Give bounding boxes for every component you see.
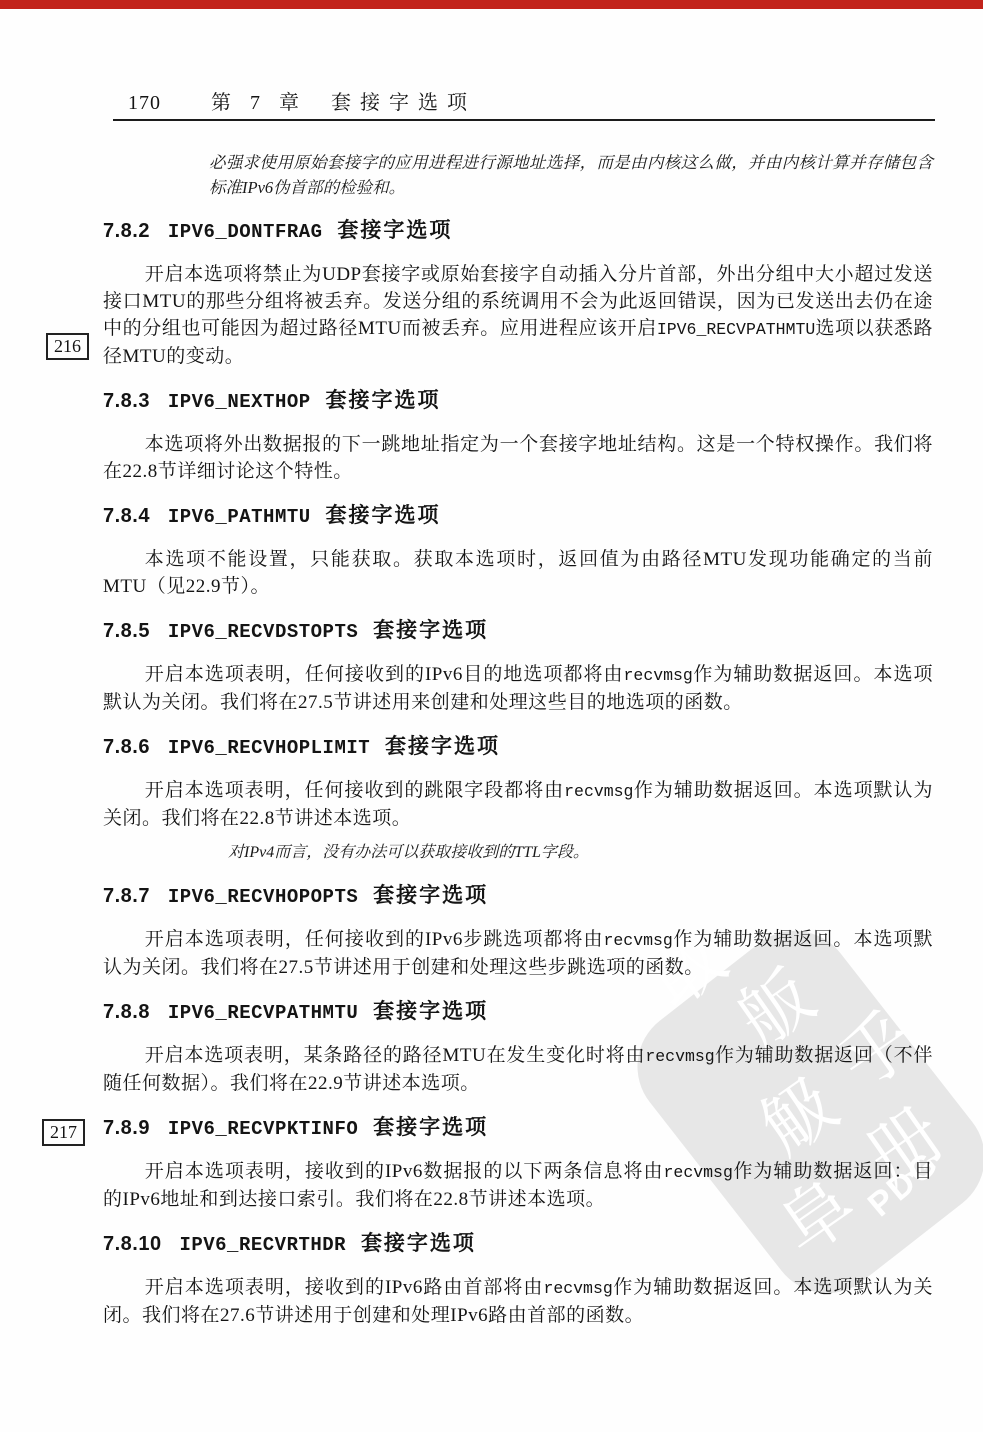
inline-code: recvmsg — [664, 1163, 733, 1182]
section: 7.8.3 IPV6_NEXTHOP 套接字选项 本选项将外出数据报的下一跳地址… — [103, 386, 933, 485]
section: 7.8.6 IPV6_RECVHOPLIMIT 套接字选项 开启本选项表明，任何… — [103, 732, 933, 865]
section-heading: 7.8.8 IPV6_RECVPATHMTU 套接字选项 — [103, 997, 933, 1028]
inline-code: recvmsg — [543, 1279, 612, 1298]
inline-code: recvmsg — [564, 782, 633, 801]
inline-code: recvmsg — [604, 931, 673, 950]
section-number: 7.8.4 — [103, 505, 150, 527]
section-note: 对IPv4而言，没有办法可以获取接收到的TTL字段。 — [228, 841, 933, 865]
section-paragraph: 开启本选项表明，任何接收到的跳限字段都将由recvmsg作为辅助数据返回。本选项… — [103, 777, 933, 832]
section-number: 7.8.5 — [103, 620, 150, 642]
section-heading: 7.8.6 IPV6_RECVHOPLIMIT 套接字选项 — [103, 732, 933, 763]
intro-note: 必强求使用原始套接字的应用进程进行源地址选择，而是由内核这么做，并由内核计算并存… — [209, 150, 933, 200]
section: 7.8.5 IPV6_RECVDSTOPTS 套接字选项 开启本选项表明，任何接… — [103, 616, 933, 716]
section: 7.8.2 IPV6_DONTFRAG 套接字选项 开启本选项将禁止为UDP套接… — [103, 216, 933, 370]
section: 7.8.9 IPV6_RECVPKTINFO 套接字选项 开启本选项表明，接收到… — [103, 1113, 933, 1213]
section-heading-suffix: 套接字选项 — [373, 619, 488, 642]
section-option-name: IPV6_RECVRTHDR — [179, 1234, 346, 1256]
section-option-name: IPV6_RECVPATHMTU — [168, 1002, 358, 1024]
section-option-name: IPV6_RECVPKTINFO — [168, 1118, 358, 1140]
section: 7.8.10 IPV6_RECVRTHDR 套接字选项 开启本选项表明，接收到的… — [103, 1229, 933, 1329]
section-heading: 7.8.4 IPV6_PATHMTU 套接字选项 — [103, 501, 933, 532]
section-heading-suffix: 套接字选项 — [337, 219, 452, 242]
section-heading-suffix: 套接字选项 — [326, 504, 441, 527]
body-text: 本选项将外出数据报的下一跳地址指定为一个套接字地址结构。这是一个特权操作。我们将… — [103, 434, 933, 482]
section: 7.8.7 IPV6_RECVHOPOPTS 套接字选项 开启本选项表明，任何接… — [103, 881, 933, 981]
section-paragraph: 开启本选项表明，接收到的IPv6数据报的以下两条信息将由recvmsg作为辅助数… — [103, 1158, 933, 1213]
section-option-name: IPV6_RECVHOPLIMIT — [168, 737, 370, 759]
section-number: 7.8.7 — [103, 885, 150, 907]
section-heading: 7.8.2 IPV6_DONTFRAG 套接字选项 — [103, 216, 933, 247]
section-paragraph: 开启本选项表明，接收到的IPv6路由首部将由recvmsg作为辅助数据返回。本选… — [103, 1274, 933, 1329]
section-paragraph: 开启本选项表明，任何接收到的IPv6目的地选项都将由recvmsg作为辅助数据返… — [103, 661, 933, 716]
chapter-title: 套接字选项 — [331, 92, 476, 114]
body-text: 开启本选项表明，任何接收到的跳限字段都将由 — [145, 780, 564, 801]
section-heading-suffix: 套接字选项 — [373, 884, 488, 907]
scanner-red-bar — [0, 0, 983, 9]
margin-page-marker-216: 216 — [46, 333, 89, 360]
section-option-name: IPV6_DONTFRAG — [168, 221, 323, 243]
section-paragraph: 开启本选项表明，任何接收到的IPv6步跳选项都将由recvmsg作为辅助数据返回… — [103, 926, 933, 981]
inline-code: recvmsg — [624, 666, 693, 685]
inline-code: recvmsg — [645, 1047, 714, 1066]
body-text: 开启本选项表明，任何接收到的IPv6目的地选项都将由 — [145, 664, 624, 685]
section-number: 7.8.8 — [103, 1001, 150, 1023]
page-content: 必强求使用原始套接字的应用进程进行源地址选择，而是由内核这么做，并由内核计算并存… — [103, 138, 933, 1329]
section-heading: 7.8.3 IPV6_NEXTHOP 套接字选项 — [103, 386, 933, 417]
body-text: 开启本选项表明，接收到的IPv6路由首部将由 — [145, 1277, 544, 1298]
body-text: 开启本选项表明，接收到的IPv6数据报的以下两条信息将由 — [145, 1161, 664, 1182]
body-text: 开启本选项表明，某条路径的路径MTU在发生变化时将由 — [145, 1045, 646, 1066]
inline-code: IPV6_RECVPATHMTU — [657, 320, 815, 339]
section-heading-suffix: 套接字选项 — [361, 1232, 476, 1255]
running-head: 170 第 7 章 套接字选项 — [128, 91, 476, 115]
sections-container: 7.8.2 IPV6_DONTFRAG 套接字选项 开启本选项将禁止为UDP套接… — [103, 216, 933, 1329]
section-heading-suffix: 套接字选项 — [385, 735, 500, 758]
page-number: 170 — [128, 92, 161, 114]
chapter-label: 第 7 章 — [211, 92, 306, 114]
section-heading: 7.8.5 IPV6_RECVDSTOPTS 套接字选项 — [103, 616, 933, 647]
section-heading-suffix: 套接字选项 — [326, 389, 441, 412]
section-heading-suffix: 套接字选项 — [373, 1116, 488, 1139]
margin-page-marker-217: 217 — [42, 1119, 85, 1146]
section-option-name: IPV6_PATHMTU — [168, 506, 311, 528]
section-number: 7.8.2 — [103, 220, 150, 242]
scanned-book-page: 170 第 7 章 套接字选项 敢舨乎觙册阜PDG 必强求使用原始套接字的应用进… — [0, 0, 983, 1432]
section-option-name: IPV6_RECVHOPOPTS — [168, 886, 358, 908]
section-heading: 7.8.9 IPV6_RECVPKTINFO 套接字选项 — [103, 1113, 933, 1144]
section-paragraph: 开启本选项将禁止为UDP套接字或原始套接字自动插入分片首部，外出分组中大小超过发… — [103, 261, 933, 370]
section-number: 7.8.9 — [103, 1117, 150, 1139]
section-paragraph: 开启本选项表明，某条路径的路径MTU在发生变化时将由recvmsg作为辅助数据返… — [103, 1042, 933, 1097]
section-option-name: IPV6_NEXTHOP — [168, 391, 311, 413]
section-heading: 7.8.7 IPV6_RECVHOPOPTS 套接字选项 — [103, 881, 933, 912]
section-number: 7.8.6 — [103, 736, 150, 758]
section-number: 7.8.3 — [103, 390, 150, 412]
body-text: 本选项不能设置，只能获取。获取本选项时，返回值为由路径MTU发现功能确定的当前M… — [103, 549, 933, 597]
section: 7.8.4 IPV6_PATHMTU 套接字选项 本选项不能设置，只能获取。获取… — [103, 501, 933, 600]
header-rule — [113, 119, 935, 121]
section-number: 7.8.10 — [103, 1233, 162, 1255]
body-text: 开启本选项表明，任何接收到的IPv6步跳选项都将由 — [145, 929, 604, 950]
section-heading: 7.8.10 IPV6_RECVRTHDR 套接字选项 — [103, 1229, 933, 1260]
section-heading-suffix: 套接字选项 — [373, 1000, 488, 1023]
section-paragraph: 本选项不能设置，只能获取。获取本选项时，返回值为由路径MTU发现功能确定的当前M… — [103, 546, 933, 600]
section-option-name: IPV6_RECVDSTOPTS — [168, 621, 358, 643]
section: 7.8.8 IPV6_RECVPATHMTU 套接字选项 开启本选项表明，某条路… — [103, 997, 933, 1097]
section-paragraph: 本选项将外出数据报的下一跳地址指定为一个套接字地址结构。这是一个特权操作。我们将… — [103, 431, 933, 485]
